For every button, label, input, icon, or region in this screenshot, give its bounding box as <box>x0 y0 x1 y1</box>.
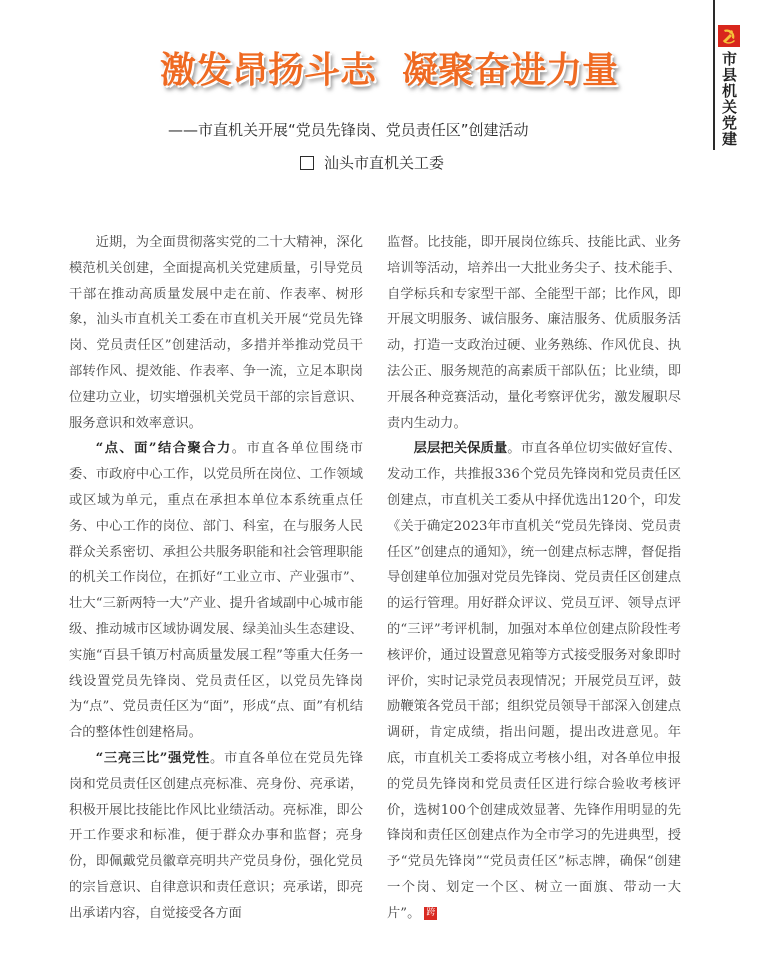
end-mark-icon: 跨 <box>424 907 437 920</box>
byline-author: 汕头市直机关工委 <box>324 152 444 173</box>
byline-box-icon <box>300 156 314 170</box>
headline-part-1: 激发昂扬斗志 <box>160 50 376 91</box>
section-label: 市县机关党建 <box>721 51 737 147</box>
paragraph-body: 。市直各单位切实做好宣传、发动工作，共推报336个党员先锋岗和党员责任区创建点，… <box>387 441 681 920</box>
headline-part-2: 凝聚奋进力量 <box>402 50 618 91</box>
section-tab: 市县机关党建 <box>717 25 741 147</box>
paragraph-three-shine-continued: 监督。比技能，即开展岗位练兵、技能比武、业务培训等活动，培养出一大批业务尖子、技… <box>387 230 681 436</box>
paragraph-lead: 层层把关保质量 <box>414 441 508 456</box>
paragraph-lead: “点、面”结合聚合力 <box>96 441 232 456</box>
article-column-right: 监督。比技能，即开展岗位练兵、技能比武、业务培训等活动，培养出一大批业务尖子、技… <box>387 230 681 927</box>
paragraph-point-surface: “点、面”结合聚合力。市直各单位围绕市委、市政府中心工作，以党员所在岗位、工作领… <box>69 436 363 746</box>
paragraph-quality-control: 层层把关保质量。市直各单位切实做好宣传、发动工作，共推报336个党员先锋岗和党员… <box>387 436 681 926</box>
article-subtitle: ——市直机关开展“党员先锋岗、党员责任区”创建活动 <box>168 120 608 140</box>
article-column-left: 近期，为全面贯彻落实党的二十大精神，深化模范机关创建，全面提高机关党建质量，引导… <box>69 230 363 927</box>
paragraph-body: 。市直各单位在党员先锋岗和党员责任区创建点亮标准、亮身份、亮承诺，积极开展比技能… <box>69 751 363 921</box>
paragraph-body: 。市直各单位围绕市委、市政府中心工作，以党员所在岗位、工作领域或区域为单元，重点… <box>69 441 363 740</box>
party-emblem-icon <box>718 25 740 47</box>
paragraph-lead: “三亮三比”强党性 <box>96 751 210 766</box>
article-headline: 激发昂扬斗志凝聚奋进力量 <box>160 46 600 96</box>
byline: 汕头市直机关工委 <box>300 152 444 173</box>
section-divider-rule <box>713 0 715 150</box>
paragraph-three-shine: “三亮三比”强党性。市直各单位在党员先锋岗和党员责任区创建点亮标准、亮身份、亮承… <box>69 746 363 927</box>
paragraph-intro: 近期，为全面贯彻落实党的二十大精神，深化模范机关创建，全面提高机关党建质量，引导… <box>69 230 363 436</box>
